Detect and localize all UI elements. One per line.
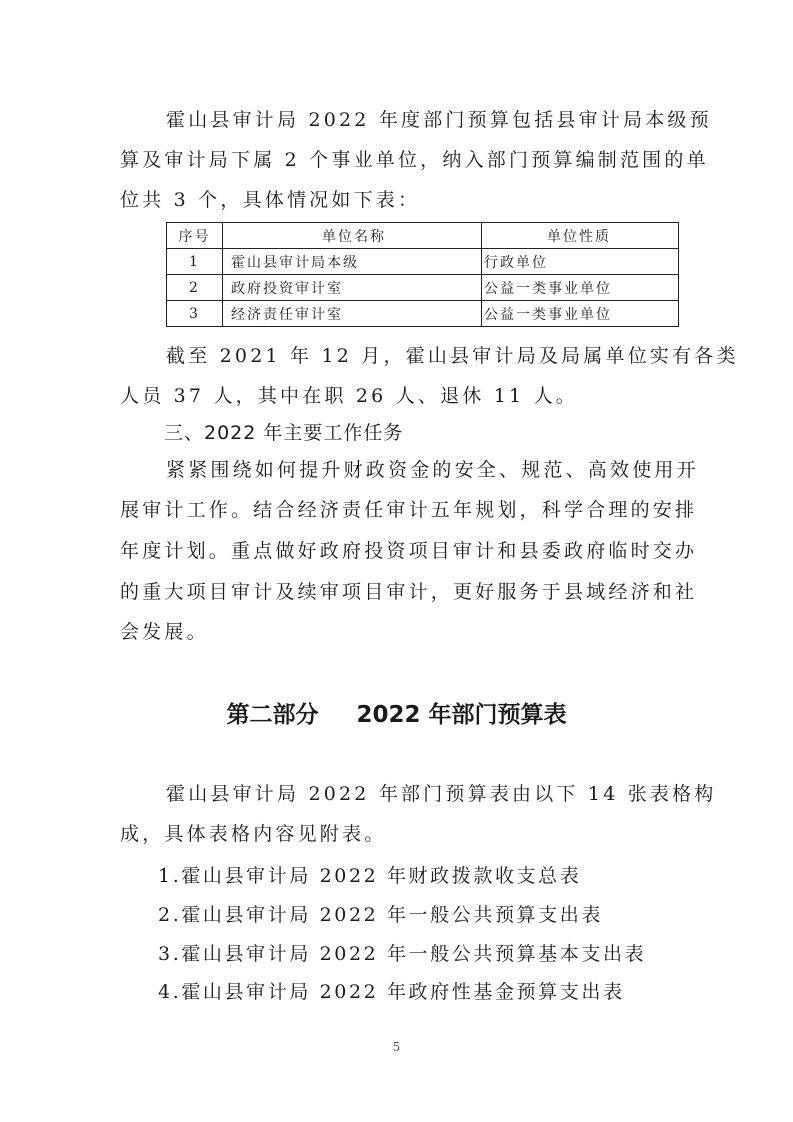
paragraph-line: 位共 3 个，具体情况如下表： <box>120 188 680 212</box>
table-header-row: 序号 单位名称 单位性质 <box>167 223 679 249</box>
cell-unit-type: 行政单位 <box>482 249 679 275</box>
header-unit-name: 单位名称 <box>223 223 482 249</box>
list-item: 1.霍山县审计局 2022 年财政拨款收支总表 <box>158 864 718 888</box>
list-item: 3.霍山县审计局 2022 年一般公共预算基本支出表 <box>158 942 718 966</box>
paragraph-line: 展审计工作。结合经济责任审计五年规划，科学合理的安排 <box>120 498 680 522</box>
units-table: 序号 单位名称 单位性质 1 霍山县审计局本级 行政单位 2 政府投资审计室 公… <box>166 222 679 327</box>
section-heading: 三、2022 年主要工作任务 <box>164 418 403 445</box>
paragraph-line: 算及审计局下属 2 个事业单位，纳入部门预算编制范围的单 <box>120 148 680 172</box>
cell-no: 3 <box>167 301 223 327</box>
paragraph-line: 霍山县审计局 2022 年部门预算表由以下 14 张表格构 <box>166 782 726 806</box>
paragraph-line: 紧紧围绕如何提升财政资金的安全、规范、高效使用开 <box>166 458 726 482</box>
paragraph-line: 会发展。 <box>120 620 680 644</box>
table-row: 1 霍山县审计局本级 行政单位 <box>167 249 679 275</box>
header-unit-type: 单位性质 <box>482 223 679 249</box>
table-row: 2 政府投资审计室 公益一类事业单位 <box>167 275 679 301</box>
cell-unit-name: 霍山县审计局本级 <box>223 249 482 275</box>
page-number: 5 <box>0 1040 793 1054</box>
paragraph-line: 成，具体表格内容见附表。 <box>120 822 680 846</box>
part-title-text: 2022 年部门预算表 <box>356 702 566 728</box>
header-no: 序号 <box>167 223 223 249</box>
cell-unit-type: 公益一类事业单位 <box>482 301 679 327</box>
cell-no: 2 <box>167 275 223 301</box>
paragraph-line: 霍山县审计局 2022 年度部门预算包括县审计局本级预 <box>166 108 726 132</box>
list-item: 4.霍山县审计局 2022 年政府性基金预算支出表 <box>158 980 718 1004</box>
paragraph-line: 截至 2021 年 12 月，霍山县审计局及局属单位实有各类 <box>166 344 726 368</box>
cell-unit-name: 经济责任审计室 <box>223 301 482 327</box>
table-row: 3 经济责任审计室 公益一类事业单位 <box>167 301 679 327</box>
paragraph-line: 年度计划。重点做好政府投资项目审计和县委政府临时交办 <box>120 539 680 563</box>
cell-unit-name: 政府投资审计室 <box>223 275 482 301</box>
cell-no: 1 <box>167 249 223 275</box>
list-item: 2.霍山县审计局 2022 年一般公共预算支出表 <box>158 903 718 927</box>
part-title: 第二部分2022 年部门预算表 <box>0 696 793 729</box>
cell-unit-type: 公益一类事业单位 <box>482 275 679 301</box>
paragraph-line: 的重大项目审计及续审项目审计，更好服务于县域经济和社 <box>120 580 680 604</box>
part-label: 第二部分 <box>226 702 318 728</box>
paragraph-line: 人员 37 人，其中在职 26 人、退休 11 人。 <box>120 384 680 408</box>
